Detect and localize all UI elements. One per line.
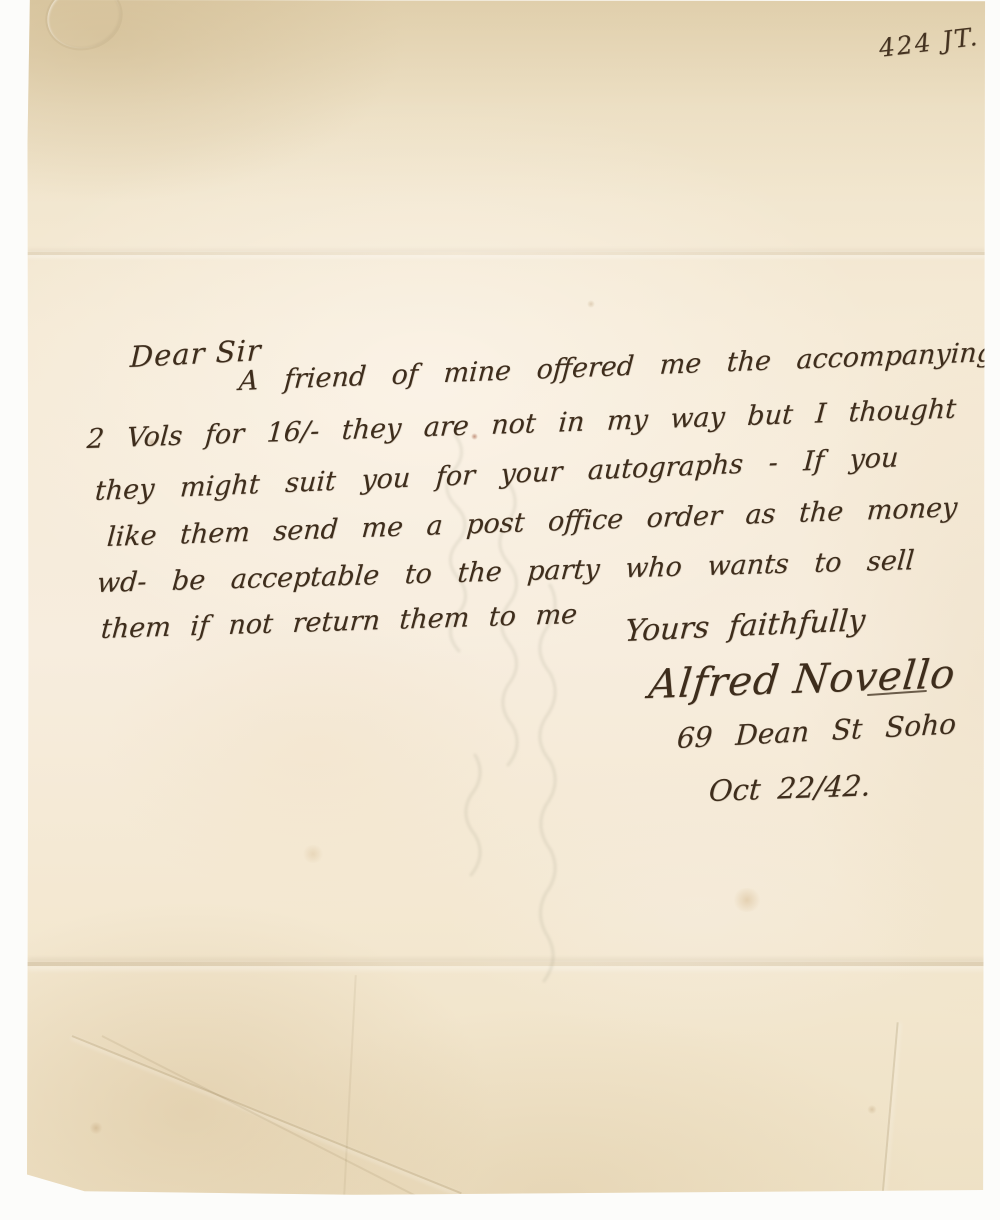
- foxing-spot: [867, 1105, 877, 1114]
- address-line: 69 Dean St Soho: [676, 707, 957, 755]
- foxing-spot: [587, 300, 595, 308]
- embossed-seal: [38, 0, 130, 58]
- body-line: like them send me a post office order as…: [106, 492, 958, 553]
- foxing-spot: [302, 845, 324, 863]
- crease-vertical-left: [343, 975, 357, 1195]
- body-line: A friend of mine offered me the accompan…: [238, 337, 995, 397]
- crease-diagonal-1: [72, 1035, 462, 1194]
- fold-crease-bottom: [27, 962, 986, 966]
- body-line: they might suit you for your autographs …: [94, 442, 899, 507]
- closing-valediction: Yours faithfully: [624, 603, 867, 649]
- signature: Alfred Novello: [647, 651, 958, 708]
- body-line: wd- be acceptable to the party who wants…: [96, 545, 916, 599]
- fold-crease-top: [27, 252, 986, 255]
- catalog-number: 424 JT.: [877, 22, 980, 63]
- crease-diagonal-2: [102, 1035, 450, 1214]
- foxing-spot: [732, 888, 762, 912]
- crease-vertical-right: [881, 1022, 898, 1198]
- date-line: Oct 22/42.: [708, 768, 872, 808]
- scan-background: 424 JT. Dear Sir A friend of mine offere…: [0, 0, 1000, 1220]
- foxing-spot: [89, 1122, 103, 1134]
- body-line: them if not return them to me: [100, 599, 578, 645]
- letter-paper-sheet: 424 JT. Dear Sir A friend of mine offere…: [27, 0, 986, 1196]
